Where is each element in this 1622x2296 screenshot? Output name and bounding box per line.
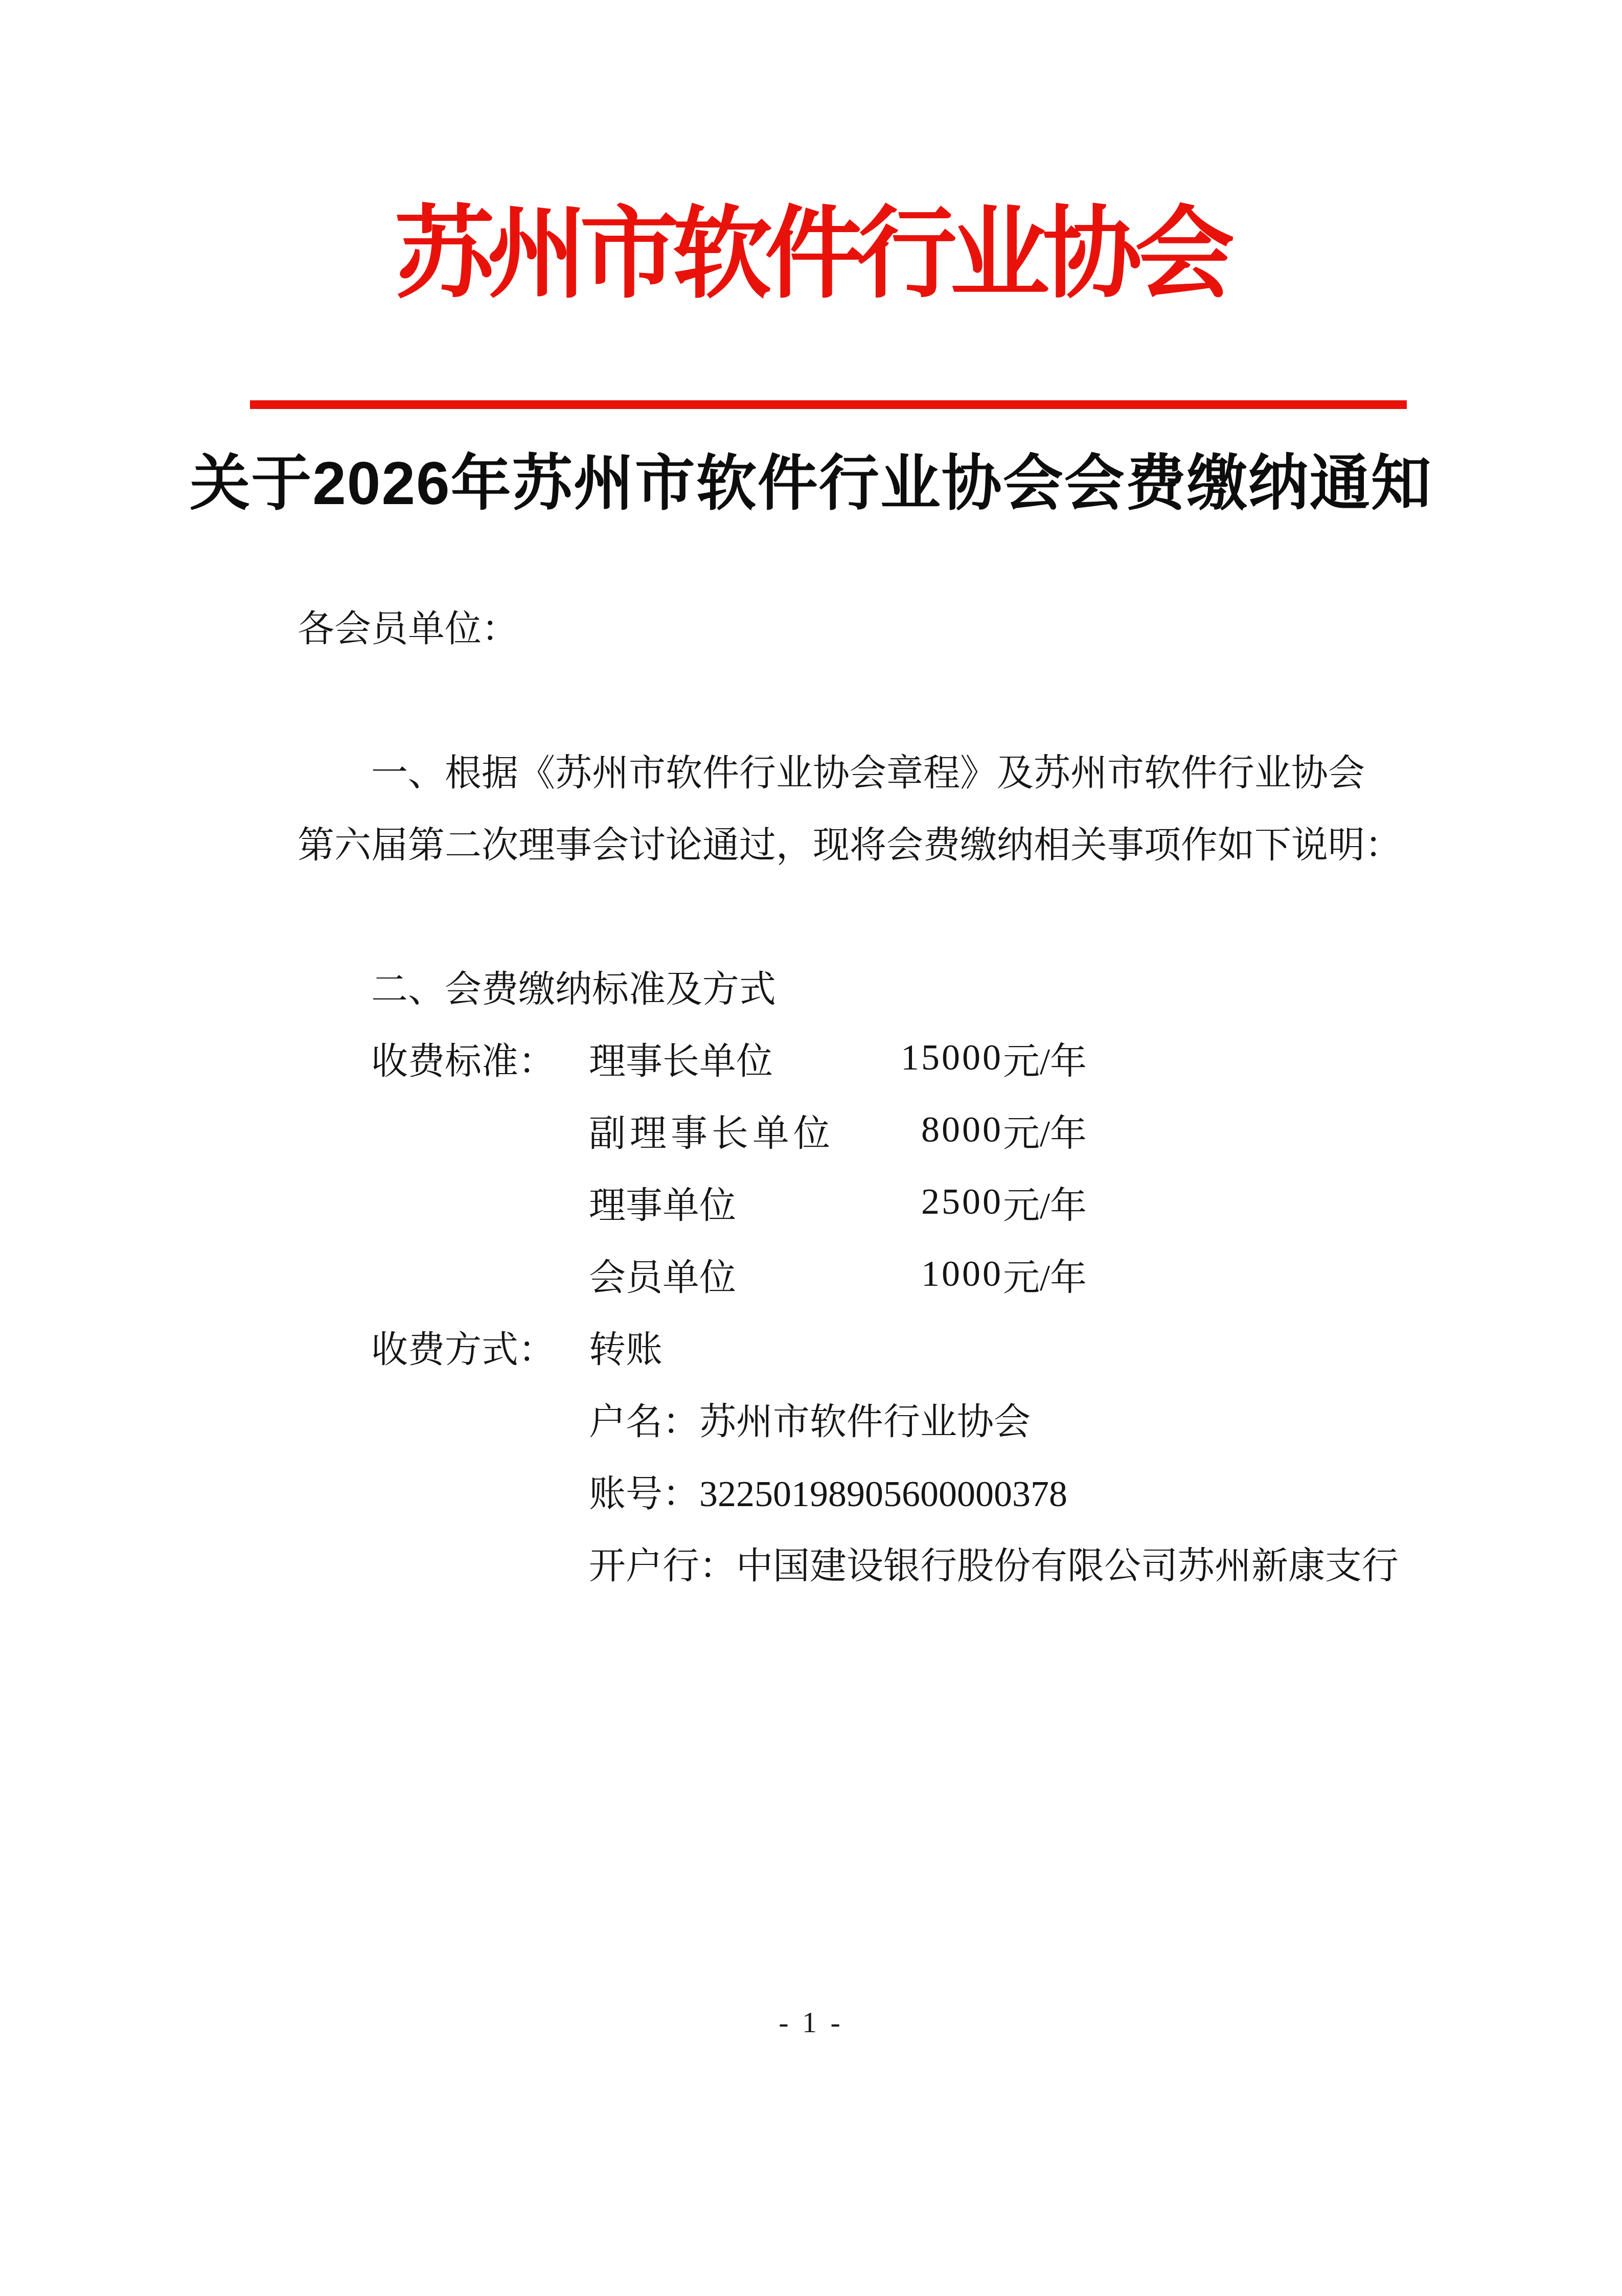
fee-standard-label: 收费标准： [298, 1031, 589, 1084]
fee-row: 理事单位 2500 元/年 [298, 1166, 1376, 1238]
fee-amount: 8000 [896, 1108, 1003, 1151]
account-name: 户名：苏州市软件行业协会 [589, 1392, 1031, 1445]
salutation: 各会员单位： [298, 589, 1376, 661]
clause-2-heading: 二、会费缴纳标准及方式 [298, 949, 1376, 1021]
document-page: 苏州市软件行业协会 关于2026年苏州市软件行业协会会费缴纳通知 各会员单位： … [0, 0, 1622, 2296]
fee-tier: 理事单位 [589, 1175, 896, 1229]
fee-amount: 2500 [896, 1180, 1003, 1223]
fee-amount: 1000 [896, 1253, 1003, 1295]
payment-method-row: 收费方式： 转账 [298, 1310, 1376, 1382]
account-name-row: 户名：苏州市软件行业协会 [298, 1382, 1376, 1454]
account-number: 账号：32250198905600000378 [589, 1464, 1067, 1517]
org-letterhead-title: 苏州市软件行业协会 [0, 200, 1622, 310]
fee-tier: 理事长单位 [589, 1031, 896, 1084]
account-number-row: 账号：32250198905600000378 [298, 1454, 1376, 1526]
fee-tier: 会员单位 [589, 1247, 896, 1301]
notice-title: 关于2026年苏州市软件行业协会会费缴纳通知 [0, 451, 1622, 517]
fee-unit: 元/年 [1003, 1103, 1087, 1156]
fee-tier: 副理事长单位 [589, 1103, 896, 1156]
fee-row: 会员单位 1000 元/年 [298, 1238, 1376, 1310]
bank-row: 开户行：中国建设银行股份有限公司苏州新康支行 [298, 1526, 1376, 1598]
fee-unit: 元/年 [1003, 1175, 1087, 1229]
fee-amount: 15000 [896, 1036, 1003, 1079]
payment-method-value: 转账 [589, 1320, 896, 1373]
clause-1-line-1: 一、根据《苏州市软件行业协会章程》及苏州市软件行业协会 [298, 733, 1376, 805]
page-number: - 1 - [0, 2005, 1622, 2039]
payment-method-label: 收费方式： [298, 1320, 589, 1373]
fee-unit: 元/年 [1003, 1031, 1087, 1084]
notice-body: 各会员单位： 一、根据《苏州市软件行业协会章程》及苏州市软件行业协会 第六届第二… [298, 589, 1376, 1598]
clause-1-line-2: 第六届第二次理事会讨论通过，现将会费缴纳相关事项作如下说明： [298, 805, 1376, 877]
fee-row: 收费标准： 理事长单位 15000 元/年 [298, 1021, 1376, 1094]
red-divider-line [250, 400, 1407, 409]
bank-branch: 开户行：中国建设银行股份有限公司苏州新康支行 [589, 1536, 1399, 1589]
fee-unit: 元/年 [1003, 1247, 1087, 1301]
fee-row: 副理事长单位 8000 元/年 [298, 1094, 1376, 1166]
